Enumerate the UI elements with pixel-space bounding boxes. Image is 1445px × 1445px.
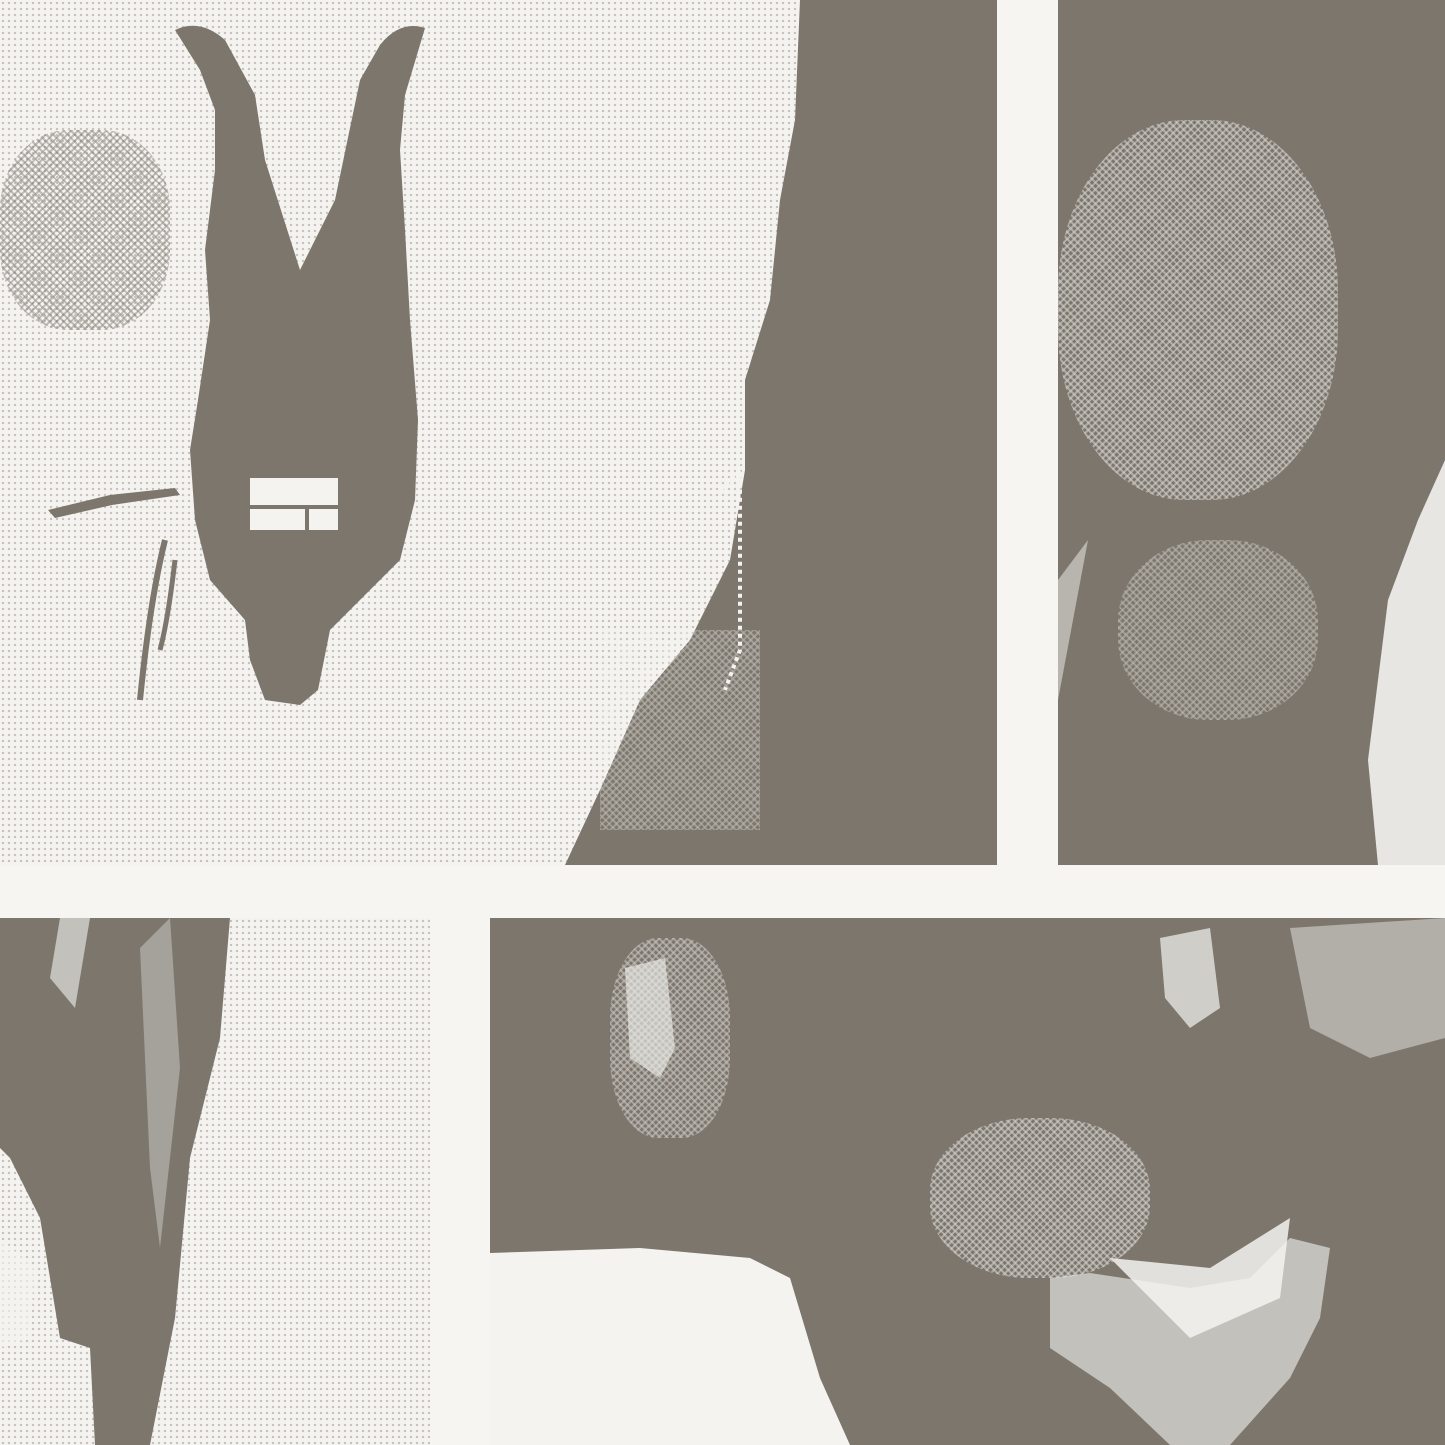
figure-artwork [0,0,997,865]
halftone-highlight [600,630,760,830]
panel-top-left [0,0,997,865]
halftone-light-region [610,938,730,1138]
panel-top-right [1058,0,1445,865]
panel-bottom-right [490,918,1445,1445]
halftone-light-region [930,1118,1150,1278]
panel-bottom-left [0,918,430,1445]
legs-artwork [0,918,430,1445]
light-wedge [1058,0,1445,865]
